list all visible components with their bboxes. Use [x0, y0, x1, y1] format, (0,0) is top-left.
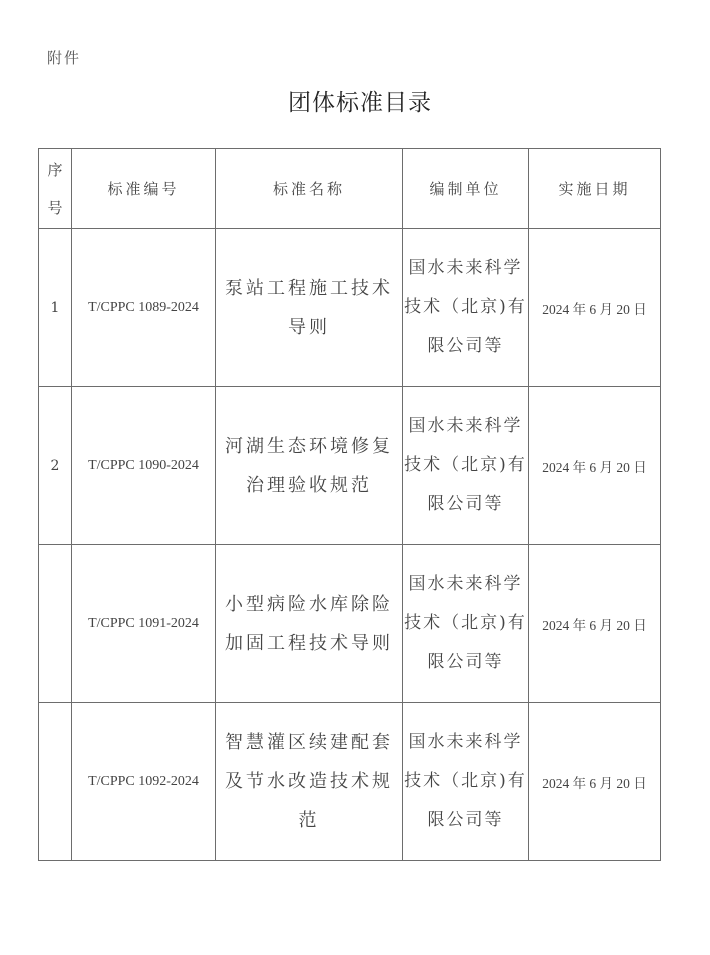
- cell-code: T/CPPC 1091-2024: [72, 545, 216, 703]
- cell-code: T/CPPC 1090-2024: [72, 387, 216, 545]
- cell-name: 泵站工程施工技术导则: [216, 229, 403, 387]
- cell-org: 国水未来科学技术（北京)有限公司等: [403, 703, 529, 861]
- cell-org: 国水未来科学技术（北京)有限公司等: [403, 545, 529, 703]
- table-row: T/CPPC 1091-2024 小型病险水库除险加固工程技术导则 国水未来科学…: [39, 545, 661, 703]
- header-date: 实施日期: [529, 149, 661, 229]
- cell-org: 国水未来科学技术（北京)有限公司等: [403, 229, 529, 387]
- cell-seq: [39, 545, 72, 703]
- header-org: 编制单位: [403, 149, 529, 229]
- cell-date: 2024 年 6 月 20 日: [529, 545, 661, 703]
- header-seq: 序 号: [39, 149, 72, 229]
- cell-org: 国水未来科学技术（北京)有限公司等: [403, 387, 529, 545]
- header-seq-line1: 序: [39, 151, 71, 189]
- cell-seq: [39, 703, 72, 861]
- cell-seq: 2: [39, 387, 72, 545]
- cell-code: T/CPPC 1089-2024: [72, 229, 216, 387]
- header-code: 标准编号: [72, 149, 216, 229]
- cell-seq: 1: [39, 229, 72, 387]
- table-row: T/CPPC 1092-2024 智慧灌区续建配套及节水改造技术规范 国水未来科…: [39, 703, 661, 861]
- header-seq-line2: 号: [39, 189, 71, 227]
- cell-name: 河湖生态环境修复治理验收规范: [216, 387, 403, 545]
- cell-date: 2024 年 6 月 20 日: [529, 229, 661, 387]
- table-row: 2 T/CPPC 1090-2024 河湖生态环境修复治理验收规范 国水未来科学…: [39, 387, 661, 545]
- cell-date: 2024 年 6 月 20 日: [529, 703, 661, 861]
- cell-name: 小型病险水库除险加固工程技术导则: [216, 545, 403, 703]
- cell-code: T/CPPC 1092-2024: [72, 703, 216, 861]
- table-row: 1 T/CPPC 1089-2024 泵站工程施工技术导则 国水未来科学技术（北…: [39, 229, 661, 387]
- cell-name: 智慧灌区续建配套及节水改造技术规范: [216, 703, 403, 861]
- standards-table: 序 号 标准编号 标准名称 编制单位 实施日期 1 T/CPPC 1089-20…: [38, 148, 661, 861]
- table-header-row: 序 号 标准编号 标准名称 编制单位 实施日期: [39, 149, 661, 229]
- document-title: 团体标准目录: [0, 84, 710, 117]
- attachment-label: 附件: [47, 47, 81, 68]
- cell-date: 2024 年 6 月 20 日: [529, 387, 661, 545]
- header-name: 标准名称: [216, 149, 403, 229]
